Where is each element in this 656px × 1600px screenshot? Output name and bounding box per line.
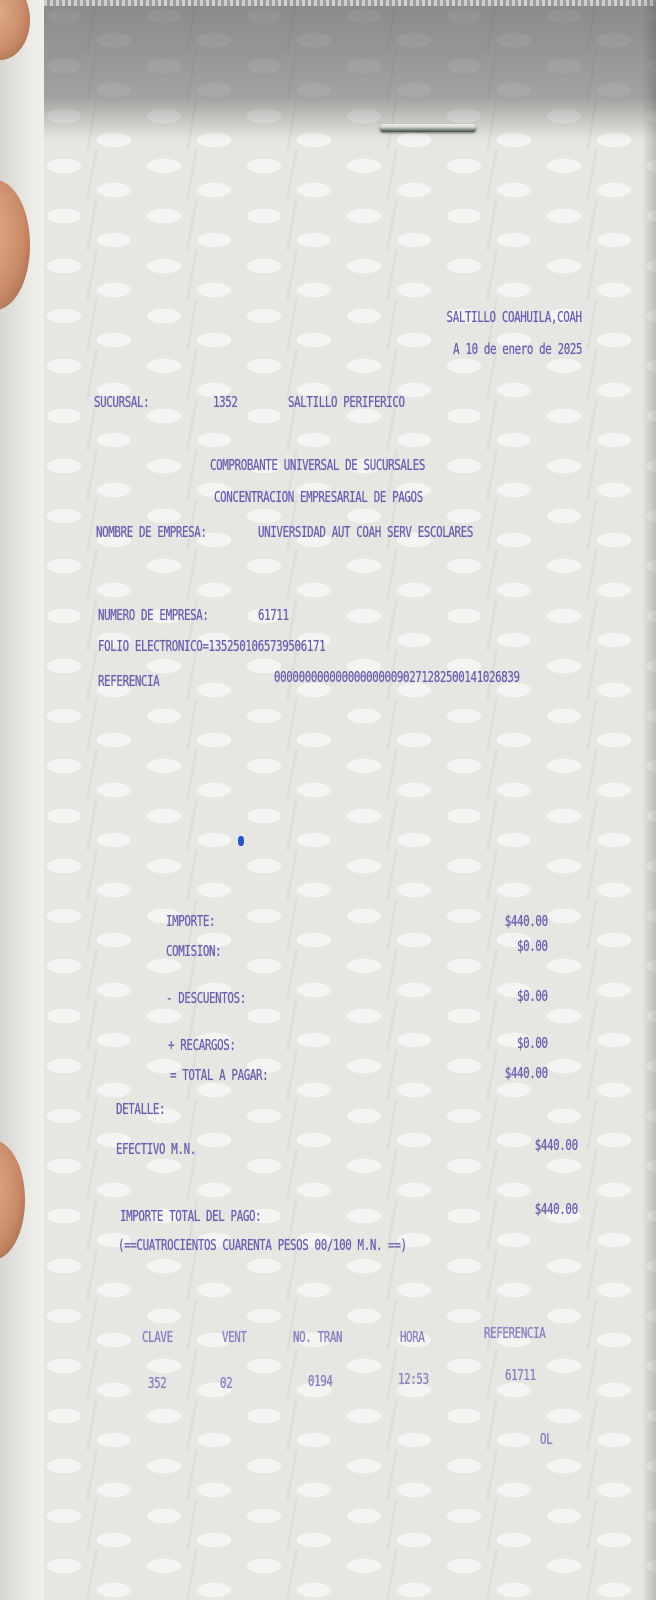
amount-value: $0.00 bbox=[517, 1034, 548, 1052]
total-in-words: (==CUATROCIENTOS CUARENTA PESOS 00/100 M… bbox=[118, 1236, 407, 1254]
staple bbox=[380, 124, 476, 132]
footer-header-no-tran: NO. TRAN bbox=[293, 1328, 342, 1346]
company-name-value: UNIVERSIDAD AUT COAH SERV ESCOLARES bbox=[258, 523, 473, 541]
amount-label: + RECARGOS: bbox=[168, 1036, 236, 1054]
page-edge-shadow bbox=[642, 0, 656, 1600]
footer-value-clave: 352 bbox=[148, 1374, 166, 1392]
footer-value-referencia: 61711 bbox=[505, 1366, 536, 1384]
footer-header-referencia: REFERENCIA bbox=[484, 1324, 545, 1342]
payment-method-value: $440.00 bbox=[535, 1136, 578, 1154]
amount-value: $0.00 bbox=[517, 937, 548, 955]
reference-label: REFERENCIA bbox=[98, 672, 159, 690]
amount-label: - DESCUENTOS: bbox=[166, 989, 246, 1007]
company-number-value: 61711 bbox=[258, 606, 289, 624]
receipt-shadow bbox=[44, 0, 656, 140]
branch-number: 1352 bbox=[213, 393, 238, 411]
amount-label: COMISION: bbox=[166, 942, 221, 960]
date: A 10 de enero de 2025 bbox=[453, 340, 582, 358]
detail-label: DETALLE: bbox=[116, 1100, 165, 1118]
location: SALTILLO COAHUILA,COAH bbox=[447, 308, 582, 326]
total-label: IMPORTE TOTAL DEL PAGO: bbox=[120, 1207, 261, 1225]
amount-label: = TOTAL A PAGAR: bbox=[170, 1066, 268, 1084]
amount-value: $0.00 bbox=[517, 987, 548, 1005]
folio-line: FOLIO ELECTRONICO=1352501065739506171 bbox=[98, 637, 325, 655]
pen-mark bbox=[238, 836, 244, 846]
title-line-2: CONCENTRACION EMPRESARIAL DE PAGOS bbox=[214, 488, 423, 506]
footer-code: OL bbox=[540, 1430, 552, 1448]
footer-header-hora: HORA bbox=[400, 1328, 425, 1346]
footer-header-clave: CLAVE bbox=[142, 1328, 173, 1346]
footer-value-hora: 12:53 bbox=[398, 1370, 429, 1388]
branch-label: SUCURSAL: bbox=[94, 393, 149, 411]
company-name-label: NOMBRE DE EMPRESA: bbox=[96, 523, 207, 541]
branch-name: SALTILLO PERIFERICO bbox=[288, 393, 405, 411]
torn-edge bbox=[44, 0, 656, 6]
receipt-paper bbox=[44, 0, 656, 1600]
amount-label: IMPORTE: bbox=[166, 912, 215, 930]
amount-value: $440.00 bbox=[505, 912, 548, 930]
total-value: $440.00 bbox=[535, 1200, 578, 1218]
reference-value: 0000000000000000000090271282500141026839 bbox=[274, 668, 520, 686]
payment-method: EFECTIVO M.N. bbox=[116, 1140, 196, 1158]
title-line-1: COMPROBANTE UNIVERSAL DE SUCURSALES bbox=[210, 456, 425, 474]
amount-value: $440.00 bbox=[505, 1064, 548, 1082]
company-number-label: NUMERO DE EMPRESA: bbox=[98, 606, 209, 624]
footer-header-vent: VENT bbox=[222, 1328, 247, 1346]
footer-value-no-tran: 0194 bbox=[308, 1372, 333, 1390]
footer-value-vent: 02 bbox=[220, 1374, 232, 1392]
